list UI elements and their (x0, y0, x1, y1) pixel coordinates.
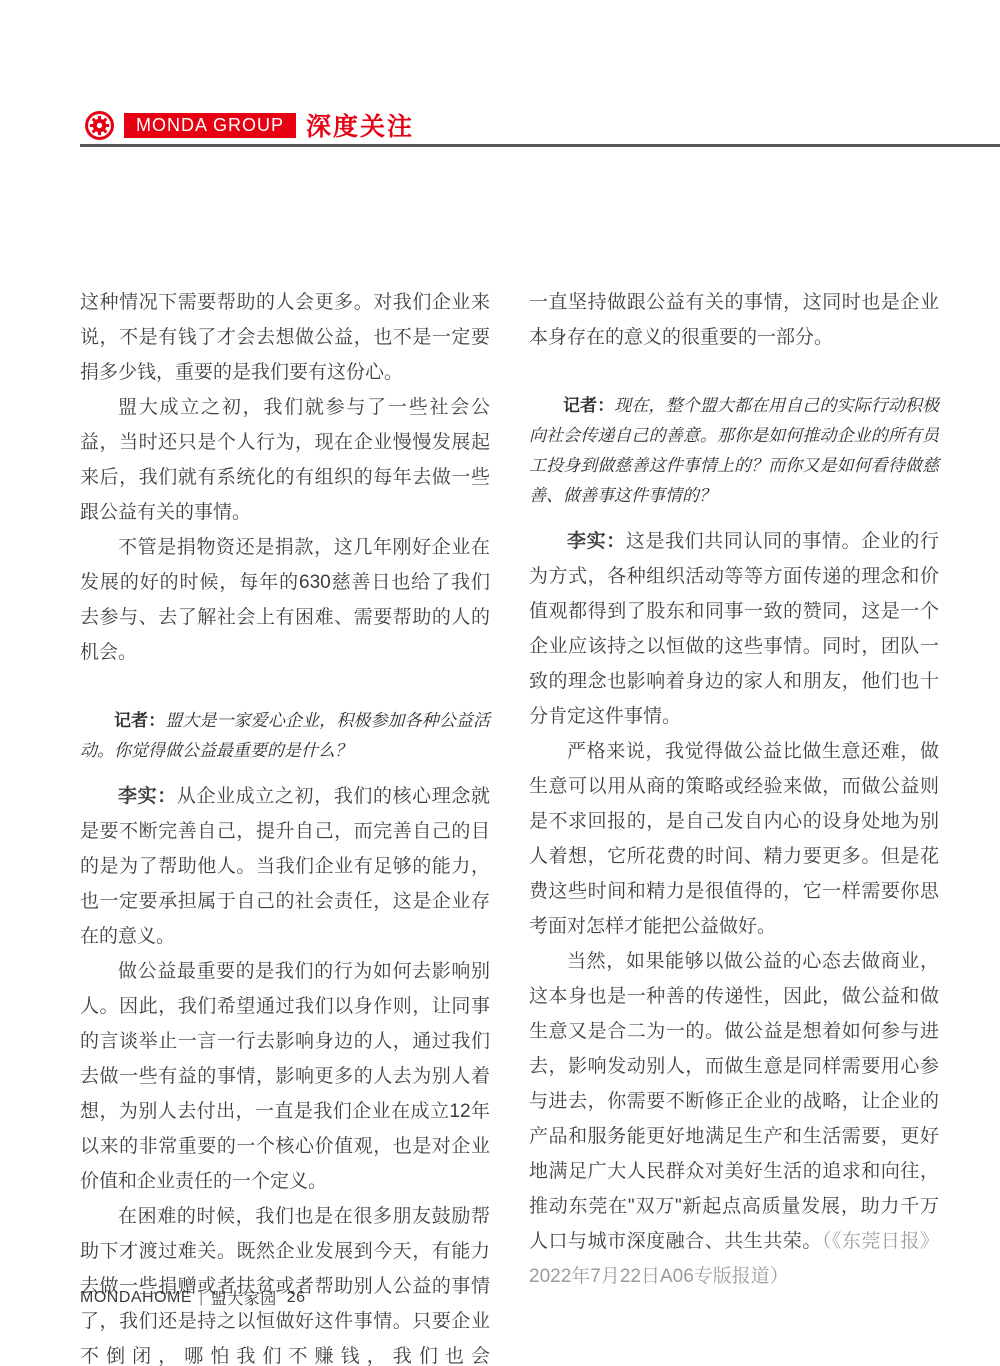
footer-separator: | (200, 1289, 203, 1307)
footer-brand: MONDAHOME (80, 1289, 192, 1307)
page-header: MONDA GROUP 深度关注 (84, 107, 414, 143)
interview-question: 记者：盟大是一家爱心企业，积极参加各种公益活动。你觉得做公益最重要的是什么？ (80, 706, 490, 766)
paragraph: 当然，如果能够以做公益的心态去做商业，这本身也是一种善的传递性，因此，做公益和做… (529, 944, 939, 1294)
article-column-right: 一直坚持做跟公益有关的事情，这同时也是企业本身存在的意义的很重要的一部分。 记者… (529, 285, 939, 1294)
speaker-label: 李实： (567, 531, 626, 552)
section-title: 深度关注 (306, 107, 414, 143)
paragraph: 一直坚持做跟公益有关的事情，这同时也是企业本身存在的意义的很重要的一部分。 (529, 285, 939, 355)
paragraph: 做公益最重要的是我们的行为如何去影响别人。因此，我们希望通过我们以身作则，让同事… (80, 954, 490, 1199)
paragraph: 严格来说，我觉得做公益比做生意还难，做生意可以用从商的策略或经验来做，而做公益则… (529, 734, 939, 944)
paragraph-text: 当然，如果能够以做公益的心态去做商业，这本身也是一种善的传递性，因此，做公益和做… (529, 951, 939, 1252)
answer-text: 这是我们共同认同的事情。企业的行为方式，各种组织活动等等方面传递的理念和价值观都… (529, 531, 939, 727)
interview-question: 记者：现在，整个盟大都在用自己的实际行动积极向社会传递自己的善意。那你是如何推动… (529, 391, 939, 511)
magazine-page: MONDA GROUP 深度关注 这种情况下需要帮助的人会更多。对我们企业来说，… (0, 0, 1000, 1366)
header-divider (80, 144, 1000, 147)
footer-publication: 盟大家园 (211, 1286, 277, 1309)
brand-badge: MONDA GROUP (124, 113, 296, 138)
interview-answer: 李实：从企业成立之初，我们的核心理念就是要不断完善自己，提升自己，而完善自己的目… (80, 779, 490, 954)
paragraph: 这种情况下需要帮助的人会更多。对我们企业来说，不是有钱了才会去想做公益，也不是一… (80, 285, 490, 390)
paragraph: 盟大成立之初，我们就参与了一些社会公益，当时还只是个人行为，现在企业慢慢发展起来… (80, 390, 490, 530)
interview-answer: 李实：这是我们共同认同的事情。企业的行为方式，各种组织活动等等方面传递的理念和价… (529, 524, 939, 734)
article-column-left: 这种情况下需要帮助的人会更多。对我们企业来说，不是有钱了才会去想做公益，也不是一… (80, 285, 490, 1366)
paragraph: 不管是捐物资还是捐款，这几年刚好企业在发展的好的时候，每年的630慈善日也给了我… (80, 530, 490, 670)
page-footer: MONDAHOME | 盟大家园 26 (80, 1286, 306, 1309)
speaker-label: 记者： (114, 711, 165, 730)
paragraph: 在困难的时候，我们也是在很多朋友鼓励帮助下才渡过难关。既然企业发展到今天，有能力… (80, 1199, 490, 1366)
speaker-label: 李实： (118, 786, 177, 807)
speaker-label: 记者： (563, 396, 614, 415)
answer-text: 从企业成立之初，我们的核心理念就是要不断完善自己，提升自己，而完善自己的目的是为… (80, 786, 490, 947)
page-number: 26 (287, 1289, 306, 1307)
monda-logo-icon (84, 110, 115, 141)
